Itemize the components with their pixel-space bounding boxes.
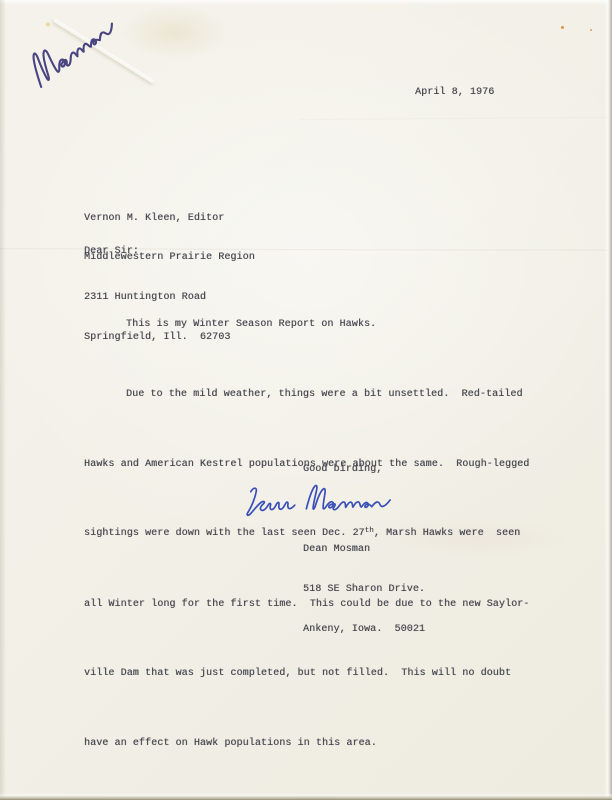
paper-smudge	[120, 5, 230, 60]
paper-speck	[561, 26, 564, 29]
signature-block: Dean Mosman 518 SE Sharon Drive. Ankeny,…	[303, 516, 425, 663]
handwritten-name-annotation	[16, 0, 128, 95]
paper-edge-top	[0, 0, 612, 5]
paper-edge-right	[604, 0, 612, 800]
paper-speck	[590, 29, 592, 31]
closing-phrase: Good birding,	[303, 464, 382, 475]
signature-line: Ankeny, Iowa. 50021	[303, 623, 425, 636]
letter-date: April 8, 1976	[415, 87, 494, 98]
signature-line: 518 SE Sharon Drive.	[303, 583, 425, 596]
body-line: Due to the mild weather, things were a b…	[84, 383, 529, 406]
paper-speck	[45, 22, 51, 27]
paper-edge-bottom	[0, 793, 612, 800]
body-line: have an effect on Hawk populations in th…	[84, 732, 529, 755]
body-line: This is my Winter Season Report on Hawks…	[84, 313, 529, 336]
body-line: ville Dam that was just completed, but n…	[84, 662, 529, 685]
salutation: Dear Sir:	[84, 246, 139, 257]
paper-edge-left	[0, 0, 6, 800]
letter-page: April 8, 1976 Vernon M. Kleen, Editor Mi…	[0, 0, 612, 800]
recipient-line: Vernon M. Kleen, Editor	[84, 212, 255, 225]
signature-line: Dean Mosman	[303, 543, 425, 556]
handwritten-signature	[243, 477, 412, 519]
paper-crease	[300, 117, 612, 121]
